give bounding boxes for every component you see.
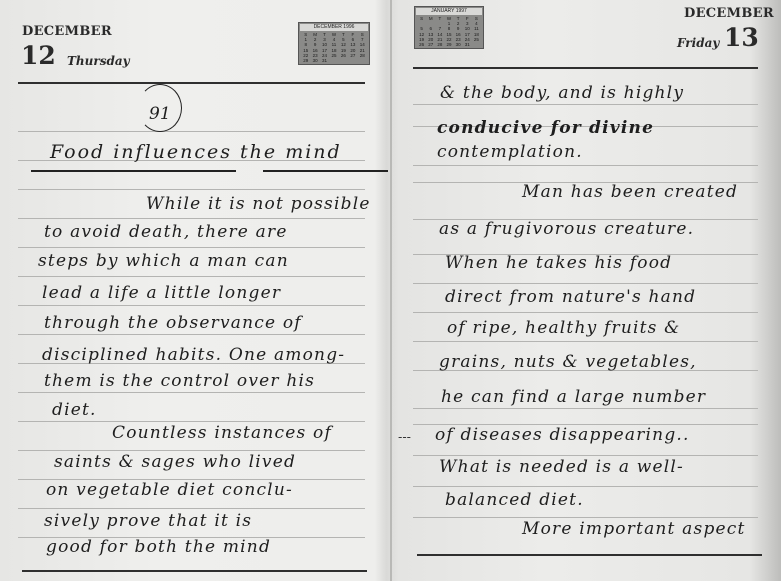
text-line: on vegetable diet conclu- [46,480,293,500]
text-line: While it is not possible [146,194,371,214]
text-line: sively prove that it is [44,511,252,531]
mini-calendar-title: JANUARY 1997 [416,8,482,15]
text-line: to avoid death, there are [44,222,288,242]
cal-day [329,58,338,63]
ruled-line [18,392,365,393]
cal-day: 26 [417,42,426,47]
ruled-line [18,189,365,190]
mini-calendar-title: DECEMBER 1996 [300,24,368,31]
header-rule [413,67,758,69]
ruled-line [413,312,758,313]
weekday-label: Friday [677,36,719,50]
cal-day: 31 [320,58,329,63]
text-line: More important aspect [522,519,746,539]
text-line: of ripe, healthy fruits & [447,318,681,338]
entry-heading: Food influences the mind [50,141,342,163]
ruled-line [413,408,758,409]
ruled-line [413,341,758,342]
text-line: When he takes his food [445,253,672,273]
cal-day: 30 [310,58,319,63]
mini-calendar-december-1996: DECEMBER 1996 S M T W T F S 1 2 3 4 5 [298,22,370,65]
text-line: them is the control over his [44,371,315,391]
text-line: saints & sages who lived [54,452,296,472]
ruled-line [413,486,758,487]
mini-calendar-january-1997: JANUARY 1997 S M T W T F S 1 2 3 [414,6,484,49]
diary-spread: DECEMBER 12 Thursday DECEMBER 1996 S M T… [0,0,781,581]
cal-day: 30 [454,42,463,47]
ruled-line [18,305,365,306]
ruled-line [18,334,365,335]
cal-day [358,58,367,63]
ruled-line [18,450,365,451]
month-label: DECEMBER [684,6,774,21]
ruled-line [413,104,758,105]
cal-day: 29 [444,42,453,47]
text-line: through the observance of [44,313,302,333]
text-line: What is needed is a well- [439,457,684,477]
right-page: JANUARY 1997 S M T W T F S 1 2 3 [395,0,781,581]
cal-day: 29 [301,58,310,63]
text-line: diet. [52,400,97,420]
day-number: 13 [724,25,759,50]
day-number: 12 [21,43,56,68]
text-line: contemplation. [437,142,583,162]
margin-dash-mark: ‑‑‑ [398,430,411,444]
cal-day: 27 [426,42,435,47]
text-line: good for both the mind [46,537,271,557]
text-line: Countless instances of [112,423,332,443]
heading-underline [31,170,236,172]
text-line: lead a life a little longer [42,283,281,303]
mini-calendar-grid: S M T W T F S 1 2 3 4 [417,16,481,47]
footer-rule [417,554,762,556]
text-line: conducive for divine [437,118,654,138]
ruled-line [413,165,758,166]
header-rule [18,82,365,84]
ruled-line [413,283,758,284]
cal-day [472,42,481,47]
ruled-line [18,421,365,422]
cal-day: 28 [435,42,444,47]
book-gutter [390,0,392,581]
ruled-line [18,131,365,132]
ruled-line [413,517,758,518]
month-label: DECEMBER [22,24,112,39]
cal-day [339,58,348,63]
text-line: steps by which a man can [38,251,289,271]
cal-day: 31 [463,42,472,47]
page-number: 91 [149,104,171,124]
ruled-line [413,455,758,456]
text-line: he can find a large number [441,387,706,407]
text-line: of diseases disappearing.. [435,425,690,445]
text-line: Man has been created [522,182,738,202]
text-line: disciplined habits. One among- [42,345,345,365]
ruled-line [18,218,365,219]
text-line: balanced diet. [445,490,584,510]
weekday-label: Thursday [67,54,130,68]
cal-day [348,58,357,63]
ruled-line [18,508,365,509]
mini-calendar-grid: S M T W T F S 1 2 3 4 5 6 7 [301,32,367,63]
ruled-line [18,276,365,277]
ruled-line [18,247,365,248]
text-line: direct from nature's hand [445,287,696,307]
text-line: grains, nuts & vegetables, [439,352,697,372]
left-page: DECEMBER 12 Thursday DECEMBER 1996 S M T… [0,0,390,581]
footer-rule [22,570,367,572]
text-line: as a frugivorous creature. [439,219,694,239]
heading-underline [263,170,388,172]
text-line: & the body, and is highly [440,83,684,103]
